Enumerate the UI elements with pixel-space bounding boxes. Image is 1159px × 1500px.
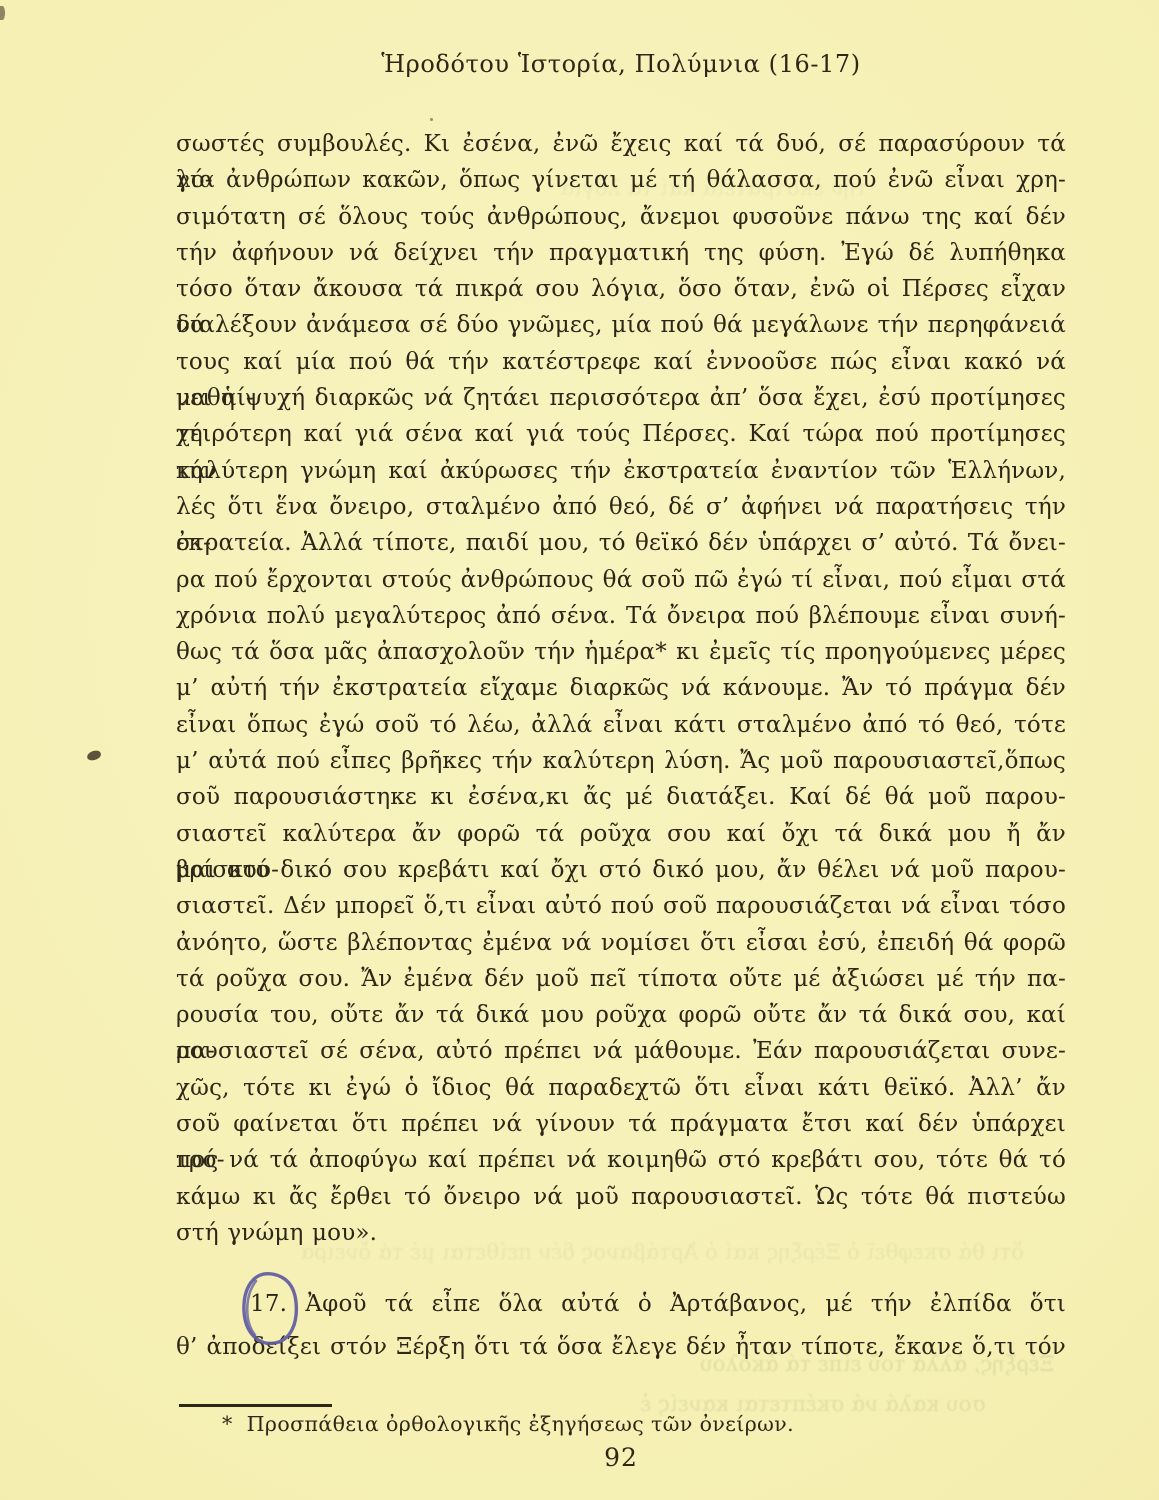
body-line: ρα πού ἔρχονται στούς ἀνθρώπους θά σοῦ π… bbox=[176, 562, 1066, 598]
scanned-book-page: Ἡροδότου Ἱστορία, Πολύμνια (16-17) σωστέ… bbox=[0, 0, 1159, 1500]
body-line: μ’ αὐτά πού εἶπες βρῆκες τήν καλύτερη λύ… bbox=[176, 743, 1066, 779]
body-line: τόσο ὅταν ἄκουσα τά πικρά σου λόγια, ὅσο… bbox=[176, 271, 1066, 307]
bleedthrough-text: ὅτι θά σκεφθεῖ ὁ Ξέρξης καί ὁ Ἀρτάβανος … bbox=[300, 1240, 1024, 1264]
scan-edge-artifact bbox=[0, 6, 5, 20]
body-line: ἀνόητο, ὥστε βλέποντας ἐμένα νά νομίσει … bbox=[176, 925, 1066, 961]
page-number: 92 bbox=[176, 1443, 1066, 1472]
bleedthrough-text: τήν ἐκστρατεία καί τά λόγια bbox=[560, 176, 868, 200]
body-line: χρόνια πολύ μεγαλύτερος ἀπό σένα. Τά ὄνε… bbox=[176, 598, 1066, 634]
body-line: στρατεία. Ἀλλά τίποτε, παιδί μου, τό θεϊ… bbox=[176, 525, 1066, 561]
body-line: κάμω κι ἄς ἔρθει τό ὄνειρο νά μοῦ παρουσ… bbox=[176, 1179, 1066, 1215]
body-line: πος νά τά ἀποφύγω καί πρέπει νά κοιμηθῶ … bbox=[176, 1142, 1066, 1178]
body-line: τά ροῦχα σου. Ἄν ἐμένα δέν μοῦ πεῖ τίποτ… bbox=[176, 961, 1066, 997]
body-line: μαι στό δικό σου κρεβάτι καί ὄχι στό δικ… bbox=[176, 852, 1066, 888]
body-line: σιαστεῖ καλύτερα ἄν φορῶ τά ροῦχα σου κα… bbox=[176, 816, 1066, 852]
body-lines: σωστές συμβουλές. Κι ἐσένα, ἐνῶ ἔχεις κα… bbox=[176, 126, 1066, 1251]
bleedthrough-text: Ξέρξης, ἀλλά τοῦ εἶπε τά ἀκόλου bbox=[700, 1352, 1054, 1376]
body-line: σοῦ φαίνεται ὅτι πρέπει νά γίνουν τά πρά… bbox=[176, 1106, 1066, 1142]
page-header-title: Ἡροδότου Ἱστορία, Πολύμνια (16-17) bbox=[176, 50, 1066, 78]
section-line: 17. Ἀφοῦ τά εἶπε ὅλα αὐτά ὁ Ἀρτάβανος, μ… bbox=[176, 1283, 1066, 1326]
body-line: μ’ αὐτή τήν ἐκστρατεία εἴχαμε διαρκῶς νά… bbox=[176, 670, 1066, 706]
footnote-asterisk: * bbox=[222, 1412, 247, 1436]
body-line: σωστές συμβουλές. Κι ἐσένα, ἐνῶ ἔχεις κα… bbox=[176, 126, 1066, 162]
body-line: εἶναι ὅπως ἐγώ σοῦ τό λέω, ἀλλά εἶναι κά… bbox=[176, 707, 1066, 743]
body-line: νει ἡ ψυχή διαρκῶς νά ζητάει περισσότερα… bbox=[176, 380, 1066, 416]
body-line: χειρότερη καί γιά σένα καί γιά τούς Πέρσ… bbox=[176, 416, 1066, 452]
body-line: σιμότατη σέ ὅλους τούς ἀνθρώπους, ἄνεμοι… bbox=[176, 199, 1066, 235]
body-line: ρουσιαστεῖ σέ σένα, αὐτό πρέπει νά μάθου… bbox=[176, 1033, 1066, 1069]
section-line-text: Ἀφοῦ τά εἶπε ὅλα αὐτά ὁ Ἀρτάβανος, μέ τή… bbox=[305, 1291, 1066, 1317]
ink-smudge bbox=[86, 750, 102, 762]
body-line: θως τά ὅσα μᾶς ἀπασχολοῦν τήν ἡμέρα* κι … bbox=[176, 634, 1066, 670]
body-line: τους καί μία πού θά τήν κατέστρεφε καί ἐ… bbox=[176, 344, 1066, 380]
paper-speck bbox=[430, 118, 433, 121]
body-line: ρουσία του, οὔτε ἄν τά δικά μου ροῦχα φο… bbox=[176, 997, 1066, 1033]
bleedthrough-text: σου καλά νά σκέπτεται κανείς ἐ bbox=[640, 1392, 986, 1416]
body-line: σοῦ παρουσιάστηκε κι ἐσένα,κι ἄς μέ διατ… bbox=[176, 779, 1066, 815]
body-line: χῶς, τότε κι ἐγώ ὁ ἴδιος θά παραδεχτῶ ὅτ… bbox=[176, 1070, 1066, 1106]
body-line: διαλέξουν ἀνάμεσα σέ δύο γνῶμες, μία πού… bbox=[176, 307, 1066, 343]
body-line: τήν ἀφήνουν νά δείχνει τήν πραγματική τη… bbox=[176, 235, 1066, 271]
body-line: σιαστεῖ. Δέν μπορεῖ ὅ,τι εἶναι αὐτό πού … bbox=[176, 888, 1066, 924]
body-line: λές ὅτι ἕνα ὄνειρο, σταλμένο ἀπό θεό, δέ… bbox=[176, 489, 1066, 525]
footnote-divider bbox=[179, 1404, 332, 1407]
section-number: 17. bbox=[250, 1291, 287, 1317]
body-line: καλύτερη γνώμη καί ἀκύρωσες τήν ἐκστρατε… bbox=[176, 453, 1066, 489]
